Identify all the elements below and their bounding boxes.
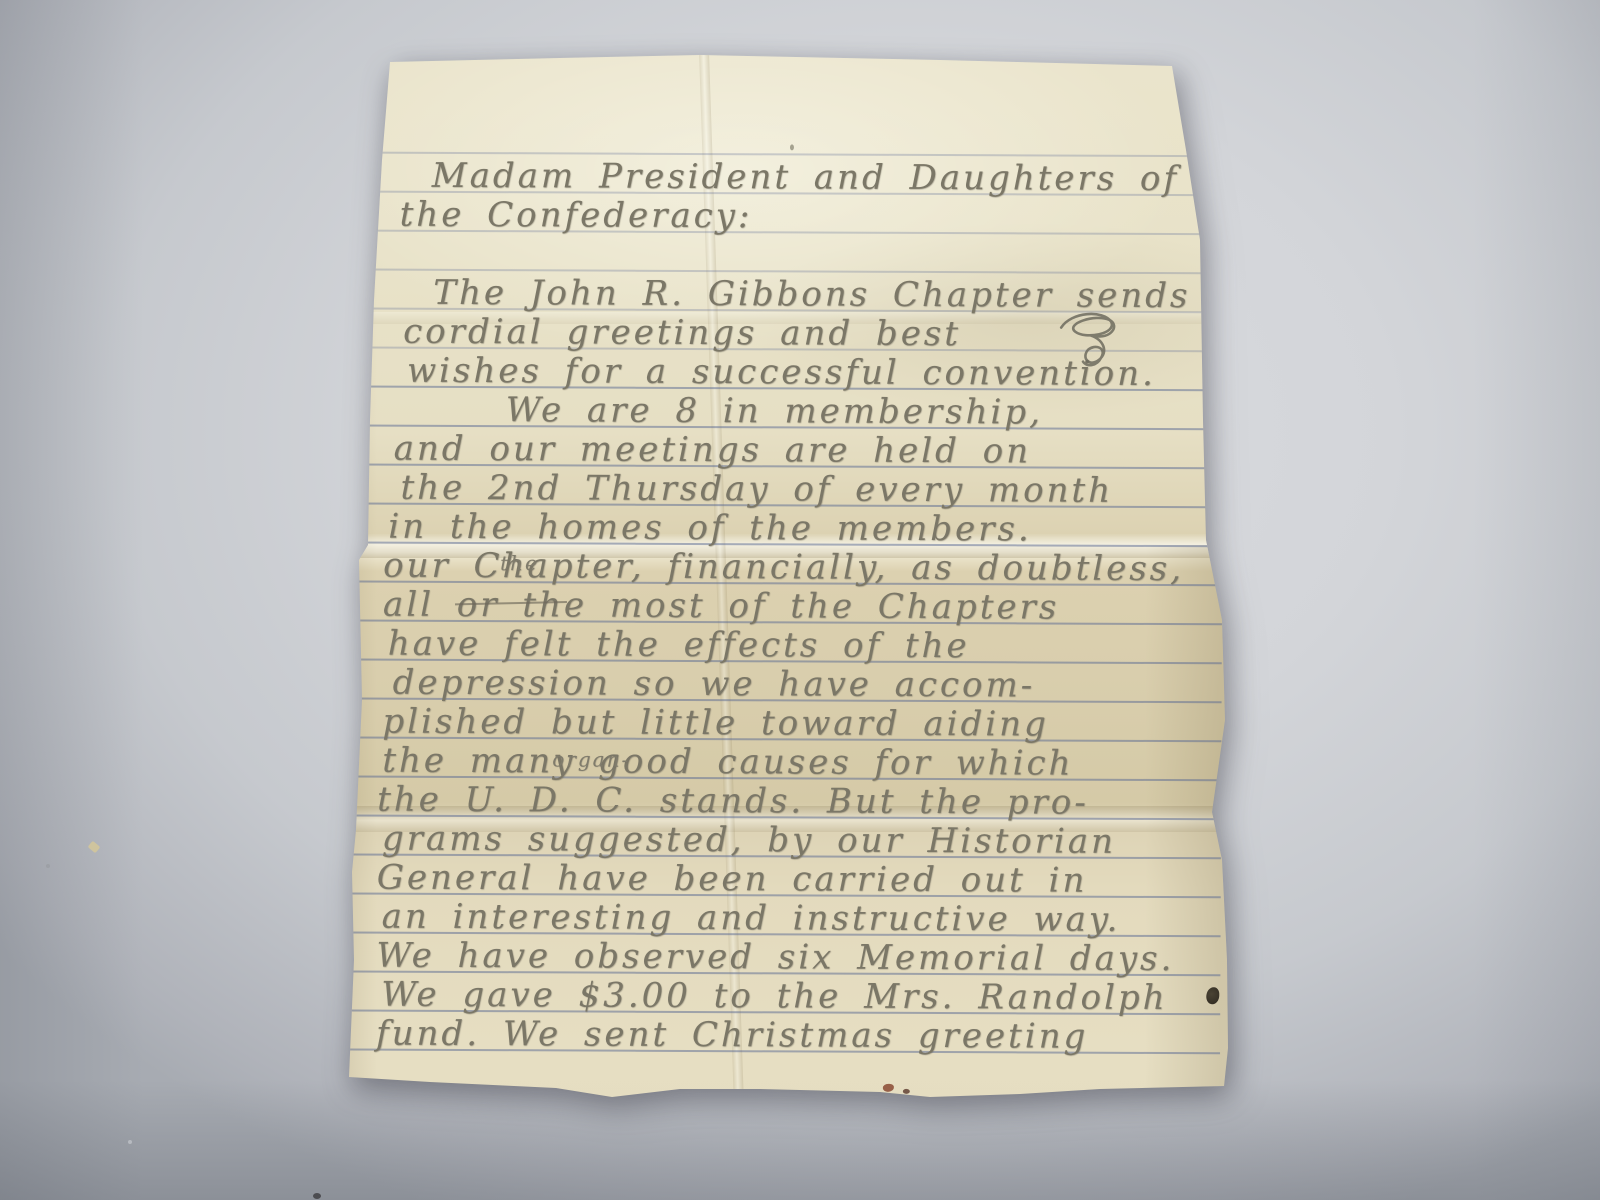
handwritten-line: plished but little toward aiding <box>382 702 1049 745</box>
handwritten-line: the 2nd Thursday of every month <box>400 468 1113 511</box>
handwritten-line: fund. We sent Christmas greeting <box>376 1014 1088 1057</box>
handwritten-line: all or the most of the Chapters <box>383 585 1059 628</box>
handwritten-line: have felt the effects of the <box>388 624 970 667</box>
ruled-content: Madam President and Daughters of the Con… <box>0 0 1600 1200</box>
table-surface: Madam President and Daughters of the Con… <box>0 0 1600 1200</box>
handwritten-line: depression so we have accom- <box>393 663 1036 706</box>
handwritten-line: the Confederacy: <box>400 195 753 237</box>
pencil-fleck <box>790 144 794 150</box>
handwritten-line: and our meetings are held on <box>394 429 1032 472</box>
handwritten-line: the many good causes for which <box>382 741 1073 784</box>
handwritten-line: General have been carried out in <box>377 858 1088 901</box>
handwritten-line: cordial greetings and best <box>403 312 961 354</box>
ink-blot <box>1206 987 1219 1004</box>
handwritten-line: an interesting and instructive way. <box>382 897 1121 940</box>
inserted-word: organ- <box>552 747 630 771</box>
stain-speck <box>903 1089 910 1094</box>
handwritten-line: We have observed six Memorial days. <box>376 936 1174 979</box>
inserted-word: the <box>500 551 539 575</box>
letter-paper: Madam President and Daughters of the Con… <box>0 0 1600 1200</box>
handwritten-line: Madam President and Daughters of <box>432 156 1179 199</box>
handwritten-line: We are 8 in membership, <box>506 390 1043 432</box>
handwritten-line: in the homes of the members. <box>388 507 1032 550</box>
scribble-mark <box>1051 302 1129 384</box>
handwritten-line: wishes for a successful convention. <box>407 351 1156 394</box>
paper-shadow: Madam President and Daughters of the Con… <box>0 0 1600 1200</box>
handwritten-line: We gave $3.00 to the Mrs. Randolph <box>381 975 1167 1018</box>
stain-speck <box>883 1084 894 1092</box>
handwritten-line: the U. D. C. stands. But the pro- <box>377 780 1089 823</box>
handwritten-line: grams suggested, by our Historian <box>382 819 1116 862</box>
photo-of-handwritten-letter: Madam President and Daughters of the Con… <box>0 0 1600 1200</box>
